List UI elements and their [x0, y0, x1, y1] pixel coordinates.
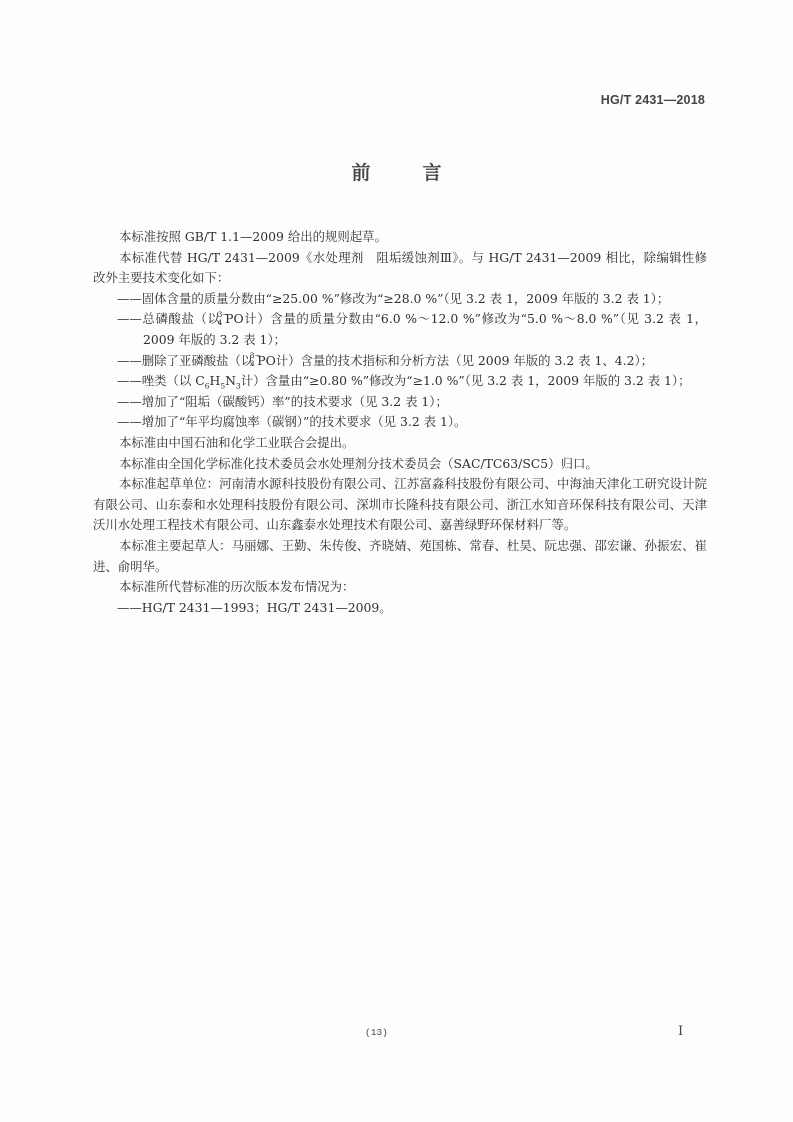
change-item-corrosion-rate: ——增加了“年平均腐蚀率（碳钢）”的技术要求（见 3.2 表 1）。 — [93, 412, 707, 433]
paragraph-drafters: 本标准主要起草人：马丽娜、王勤、朱传俊、齐晓婧、苑国栋、常春、杜昊、阮忠强、邵宏… — [93, 536, 707, 577]
paragraph-replaces: 本标准代替 HG/T 2431—2009《水处理剂 阻垢缓蚀剂Ⅲ》。与 HG/T… — [93, 248, 707, 289]
paragraph-history-intro: 本标准所代替标准的历次版本发布情况为： — [93, 577, 707, 598]
paragraph-centralized-by: 本标准由全国化学标准化技术委员会水处理剂分技术委员会（SAC/TC63/SC5）… — [93, 454, 707, 475]
change-item-solids: ——固体含量的质量分数由“≥25.00 %”修改为“≥28.0 %”（见 3.2… — [93, 289, 707, 310]
foreword-body: 本标准按照 GB/T 1.1—2009 给出的规则起草。 本标准代替 HG/T … — [93, 227, 707, 618]
roman-page-number: I — [678, 1024, 683, 1039]
paragraph-proposed-by: 本标准由中国石油和化学工业联合会提出。 — [93, 433, 707, 454]
page-number: (13) — [365, 1027, 388, 1038]
page-title: 前言 — [0, 158, 793, 185]
history-item: ——HG/T 2431—1993；HG/T 2431—2009。 — [93, 598, 707, 619]
title-char-2: 言 — [423, 158, 442, 185]
standard-code: HG/T 2431—2018 — [600, 93, 705, 107]
paragraph-drafting-rules: 本标准按照 GB/T 1.1—2009 给出的规则起草。 — [93, 227, 707, 248]
title-char-1: 前 — [351, 158, 370, 185]
change-item-phosphite: ——删除了亚磷酸盐（以 PO3−3计）含量的技术指标和分析方法（见 2009 年… — [93, 351, 707, 372]
change-item-total-phosphate: ——总磷酸盐（以 PO3−4计）含量的质量分数由“6.0 %～12.0 %”修改… — [93, 309, 707, 350]
paragraph-drafting-units: 本标准起草单位：河南清水源科技股份有限公司、江苏富淼科技股份有限公司、中海油天津… — [93, 474, 707, 536]
change-item-scale-inhibition: ——增加了“阻垢（碳酸钙）率”的技术要求（见 3.2 表 1）； — [93, 392, 707, 413]
change-item-azoles: ——唑类（以 C6H5N3计）含量由“≥0.80 %”修改为“≥1.0 %”（见… — [93, 371, 707, 392]
